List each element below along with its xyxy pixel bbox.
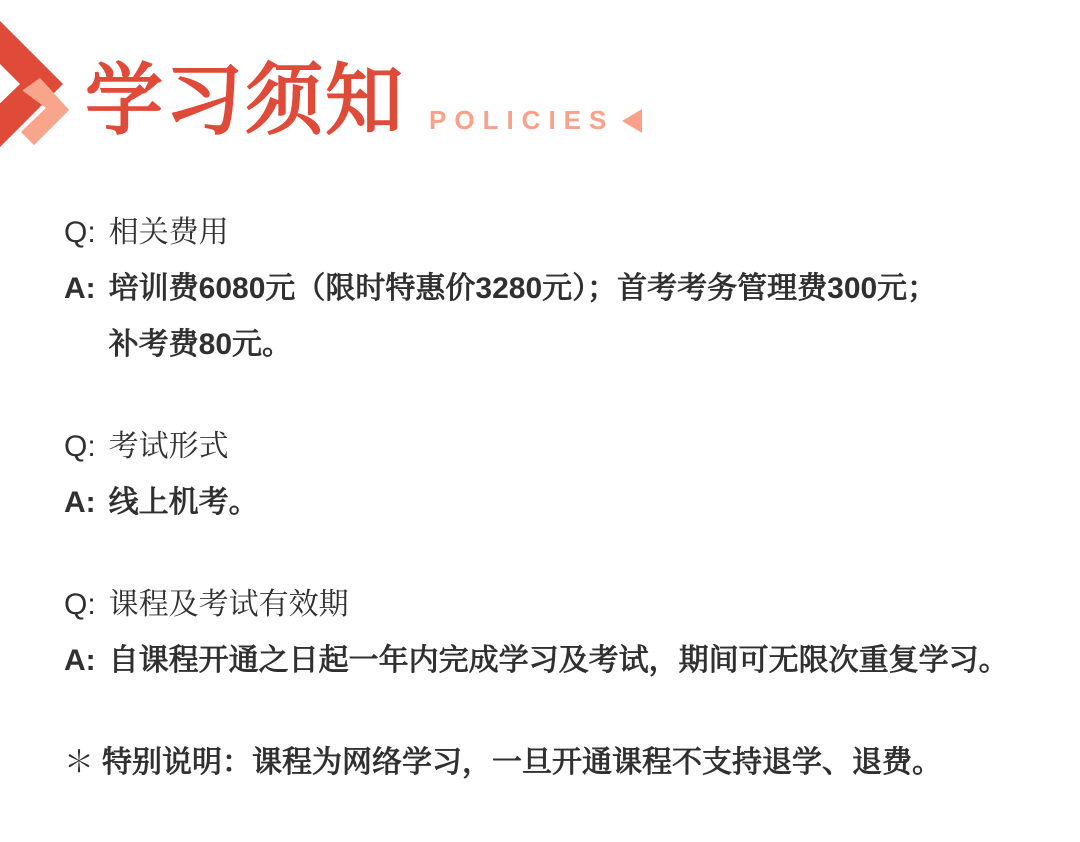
a-label: A: [64, 633, 96, 689]
page-subtitle: POLICIES [429, 105, 614, 136]
answer-text: 自课程开通之日起一年内完成学习及考试，期间可无限次重复学习。 [109, 633, 1050, 689]
question-text: 相关费用 [109, 205, 229, 261]
q-label: Q: [64, 577, 96, 633]
answer-line: A: 培训费6080元（限时特惠价3280元）；首考考务管理费300元； 补考费… [64, 261, 1050, 373]
answer-line-1: 线上机考。 [109, 475, 1050, 531]
qa-block-validity: Q: 课程及考试有效期 A: 自课程开通之日起一年内完成学习及考试，期间可无限次… [64, 577, 1050, 689]
answer-line-1: 培训费6080元（限时特惠价3280元）；首考考务管理费300元； [109, 261, 1050, 317]
asterisk-icon: ＊ [64, 735, 94, 791]
question-text: 考试形式 [109, 419, 229, 475]
answer-line-1: 自课程开通之日起一年内完成学习及考试，期间可无限次重复学习。 [109, 633, 1050, 689]
question-line: Q: 相关费用 [64, 205, 1050, 261]
note-text: 特别说明：课程为网络学习，一旦开通课程不支持退学、退费。 [102, 735, 942, 791]
question-line: Q: 考试形式 [64, 419, 1050, 475]
qa-block-exam-format: Q: 考试形式 A: 线上机考。 [64, 419, 1050, 531]
subtitle-wrap: POLICIES [429, 105, 642, 136]
answer-text: 线上机考。 [109, 475, 1050, 531]
page-title: 学习须知 [85, 52, 405, 148]
answer-line: A: 线上机考。 [64, 475, 1050, 531]
question-text: 课程及考试有效期 [109, 577, 349, 633]
a-label: A: [64, 261, 96, 373]
header: 学习须知 POLICIES [85, 52, 642, 148]
page-root: { "colors": { "primary_red": "#E04A38", … [0, 0, 1080, 842]
q-label: Q: [64, 419, 96, 475]
double-chevron-icon [0, 0, 84, 165]
qa-section: Q: 相关费用 A: 培训费6080元（限时特惠价3280元）；首考考务管理费3… [64, 205, 1050, 791]
answer-line: A: 自课程开通之日起一年内完成学习及考试，期间可无限次重复学习。 [64, 633, 1050, 689]
a-label: A: [64, 475, 96, 531]
q-label: Q: [64, 205, 96, 261]
qa-block-fees: Q: 相关费用 A: 培训费6080元（限时特惠价3280元）；首考考务管理费3… [64, 205, 1050, 373]
special-note: ＊ 特别说明：课程为网络学习，一旦开通课程不支持退学、退费。 [64, 735, 1050, 791]
question-line: Q: 课程及考试有效期 [64, 577, 1050, 633]
left-triangle-icon [622, 109, 642, 133]
answer-text: 培训费6080元（限时特惠价3280元）；首考考务管理费300元； 补考费80元… [109, 261, 1050, 373]
answer-line-2: 补考费80元。 [109, 317, 1050, 373]
